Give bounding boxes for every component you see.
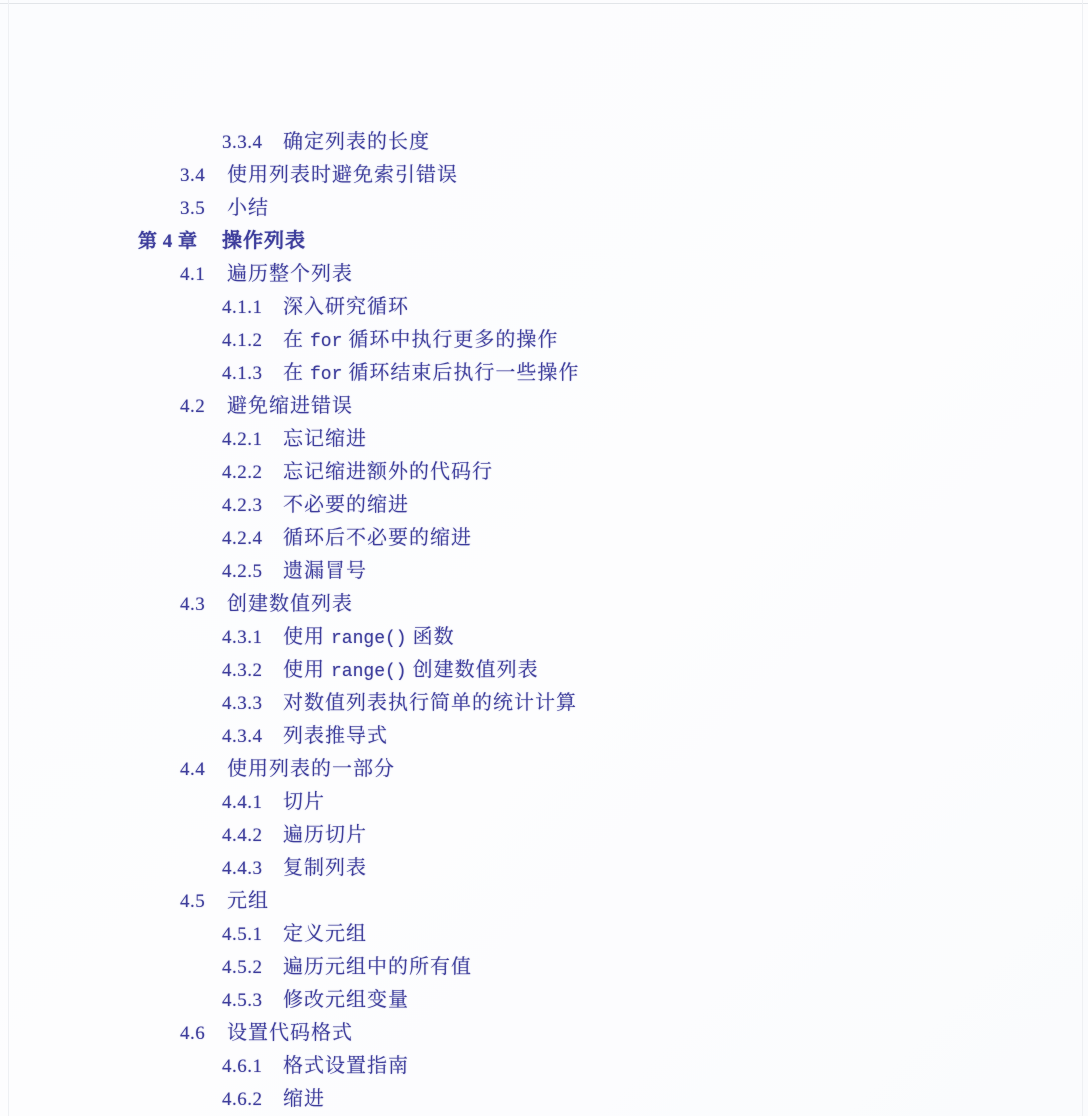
toc-entry-title: 不必要的缩进 xyxy=(283,489,409,522)
toc-entry-title: 在 for 循环中执行更多的操作 xyxy=(283,324,558,359)
toc-entry: 4.2.2忘记缩进额外的代码行 xyxy=(0,456,1088,489)
toc-entry-title: 列表推导式 xyxy=(283,720,388,753)
toc-entry: 4.3.1使用 range() 函数 xyxy=(0,621,1088,654)
toc-entry-number: 4.4.2 xyxy=(222,819,283,852)
toc-entry: 4.1.3在 for 循环结束后执行一些操作 xyxy=(0,357,1088,390)
toc-entry-number: 4.5.3 xyxy=(222,984,283,1017)
toc-entry: 4.2.1忘记缩进 xyxy=(0,423,1088,456)
toc-entry-number: 4.2.2 xyxy=(222,456,283,489)
toc-entry: 4.6.1格式设置指南 xyxy=(0,1050,1088,1083)
toc-entry: 4.4使用列表的一部分 xyxy=(0,753,1088,786)
toc-entry: 4.5.2遍历元组中的所有值 xyxy=(0,951,1088,984)
toc-entry-number: 第 4 章 xyxy=(138,225,222,258)
inline-code: range() xyxy=(331,662,407,682)
toc-entry-title: 避免缩进错误 xyxy=(227,390,353,423)
toc-entry-number: 4.2.4 xyxy=(222,522,283,555)
toc-entry: 3.5小结 xyxy=(0,192,1088,225)
toc-entry: 4.1遍历整个列表 xyxy=(0,258,1088,291)
toc-entry-title: 使用列表时避免索引错误 xyxy=(227,159,458,192)
toc-entry-number: 3.5 xyxy=(180,192,227,225)
toc-entry-title: 确定列表的长度 xyxy=(283,126,430,159)
toc-entry-title: 使用 range() 创建数值列表 xyxy=(283,654,539,689)
toc-entry-number: 4.6.1 xyxy=(222,1050,283,1083)
toc-entry-title: 修改元组变量 xyxy=(283,984,409,1017)
inline-code: for xyxy=(310,332,342,352)
toc-entry-number: 4.5.1 xyxy=(222,918,283,951)
toc-entry: 4.3.3对数值列表执行简单的统计计算 xyxy=(0,687,1088,720)
toc-entry: 4.3.2使用 range() 创建数值列表 xyxy=(0,654,1088,687)
toc-entry: 4.2.4循环后不必要的缩进 xyxy=(0,522,1088,555)
toc-entry-title: 深入研究循环 xyxy=(283,291,409,324)
toc-entry-title: 对数值列表执行简单的统计计算 xyxy=(283,687,577,720)
toc-entry-number: 4.4.3 xyxy=(222,852,283,885)
toc-entry-number: 4.3 xyxy=(180,588,227,621)
toc-entry-title: 操作列表 xyxy=(222,225,306,258)
toc-entry: 3.4使用列表时避免索引错误 xyxy=(0,159,1088,192)
toc-entry: 4.5.3修改元组变量 xyxy=(0,984,1088,1017)
inline-code: for xyxy=(310,365,342,385)
toc-entry-number: 4.1.2 xyxy=(222,324,283,357)
toc-entry-number: 4.1 xyxy=(180,258,227,291)
toc-entry-title: 设置代码格式 xyxy=(227,1017,353,1050)
toc-entry-title: 遍历元组中的所有值 xyxy=(283,951,472,984)
toc-entry-title: 忘记缩进额外的代码行 xyxy=(283,456,493,489)
toc-entry: 4.6设置代码格式 xyxy=(0,1017,1088,1050)
toc-entry-number: 4.2.1 xyxy=(222,423,283,456)
toc-entry-title: 元组 xyxy=(227,885,269,918)
toc-entry-title: 缩进 xyxy=(283,1083,325,1116)
toc-entry-number: 4.2 xyxy=(180,390,227,423)
toc-entry-number: 4.3.2 xyxy=(222,654,283,687)
toc-entry-title: 小结 xyxy=(227,192,269,225)
toc-entry: 4.5元组 xyxy=(0,885,1088,918)
toc-entry-title: 使用列表的一部分 xyxy=(227,753,395,786)
toc-entry-number: 4.4 xyxy=(180,753,227,786)
toc-entry: 4.6.2缩进 xyxy=(0,1083,1088,1116)
toc-entry: 第 4 章操作列表 xyxy=(0,225,1088,258)
toc-entry-number: 3.4 xyxy=(180,159,227,192)
toc-entry-number: 4.6.2 xyxy=(222,1083,283,1116)
toc-entry-number: 4.6 xyxy=(180,1017,227,1050)
toc-entry-number: 4.3.3 xyxy=(222,687,283,720)
toc-entry: 3.3.4确定列表的长度 xyxy=(0,126,1088,159)
toc-entry-number: 4.5.2 xyxy=(222,951,283,984)
toc-entry: 4.4.2遍历切片 xyxy=(0,819,1088,852)
inline-code: range() xyxy=(331,629,407,649)
toc-list: 3.3.4确定列表的长度3.4使用列表时避免索引错误3.5小结第 4 章操作列表… xyxy=(0,126,1088,1116)
toc-entry-number: 4.1.1 xyxy=(222,291,283,324)
toc-entry: 4.2.5遗漏冒号 xyxy=(0,555,1088,588)
toc-entry-title: 遍历整个列表 xyxy=(227,258,353,291)
toc-entry-number: 3.3.4 xyxy=(222,126,283,159)
toc-entry-number: 4.2.5 xyxy=(222,555,283,588)
toc-entry: 4.2避免缩进错误 xyxy=(0,390,1088,423)
toc-entry-title: 创建数值列表 xyxy=(227,588,353,621)
toc-entry-title: 遗漏冒号 xyxy=(283,555,367,588)
toc-entry-title: 切片 xyxy=(283,786,325,819)
toc-entry-title: 定义元组 xyxy=(283,918,367,951)
toc-entry: 4.1.2在 for 循环中执行更多的操作 xyxy=(0,324,1088,357)
toc-entry: 4.4.1切片 xyxy=(0,786,1088,819)
toc-entry-number: 4.3.4 xyxy=(222,720,283,753)
toc-entry-title: 复制列表 xyxy=(283,852,367,885)
toc-entry-title: 在 for 循环结束后执行一些操作 xyxy=(283,357,579,392)
scanned-toc-page: 3.3.4确定列表的长度3.4使用列表时避免索引错误3.5小结第 4 章操作列表… xyxy=(0,0,1088,1116)
toc-entry: 4.5.1定义元组 xyxy=(0,918,1088,951)
toc-entry-number: 4.4.1 xyxy=(222,786,283,819)
toc-entry-title: 遍历切片 xyxy=(283,819,367,852)
toc-entry: 4.3创建数值列表 xyxy=(0,588,1088,621)
toc-entry-title: 使用 range() 函数 xyxy=(283,621,455,656)
toc-entry-number: 4.5 xyxy=(180,885,227,918)
toc-entry: 4.4.3复制列表 xyxy=(0,852,1088,885)
toc-entry: 4.3.4列表推导式 xyxy=(0,720,1088,753)
toc-entry-number: 4.1.3 xyxy=(222,357,283,390)
toc-entry-number: 4.3.1 xyxy=(222,621,283,654)
toc-entry: 4.2.3不必要的缩进 xyxy=(0,489,1088,522)
toc-entry-title: 循环后不必要的缩进 xyxy=(283,522,472,555)
toc-entry-number: 4.2.3 xyxy=(222,489,283,522)
toc-entry-title: 忘记缩进 xyxy=(283,423,367,456)
toc-entry: 4.1.1深入研究循环 xyxy=(0,291,1088,324)
toc-entry-title: 格式设置指南 xyxy=(283,1050,409,1083)
